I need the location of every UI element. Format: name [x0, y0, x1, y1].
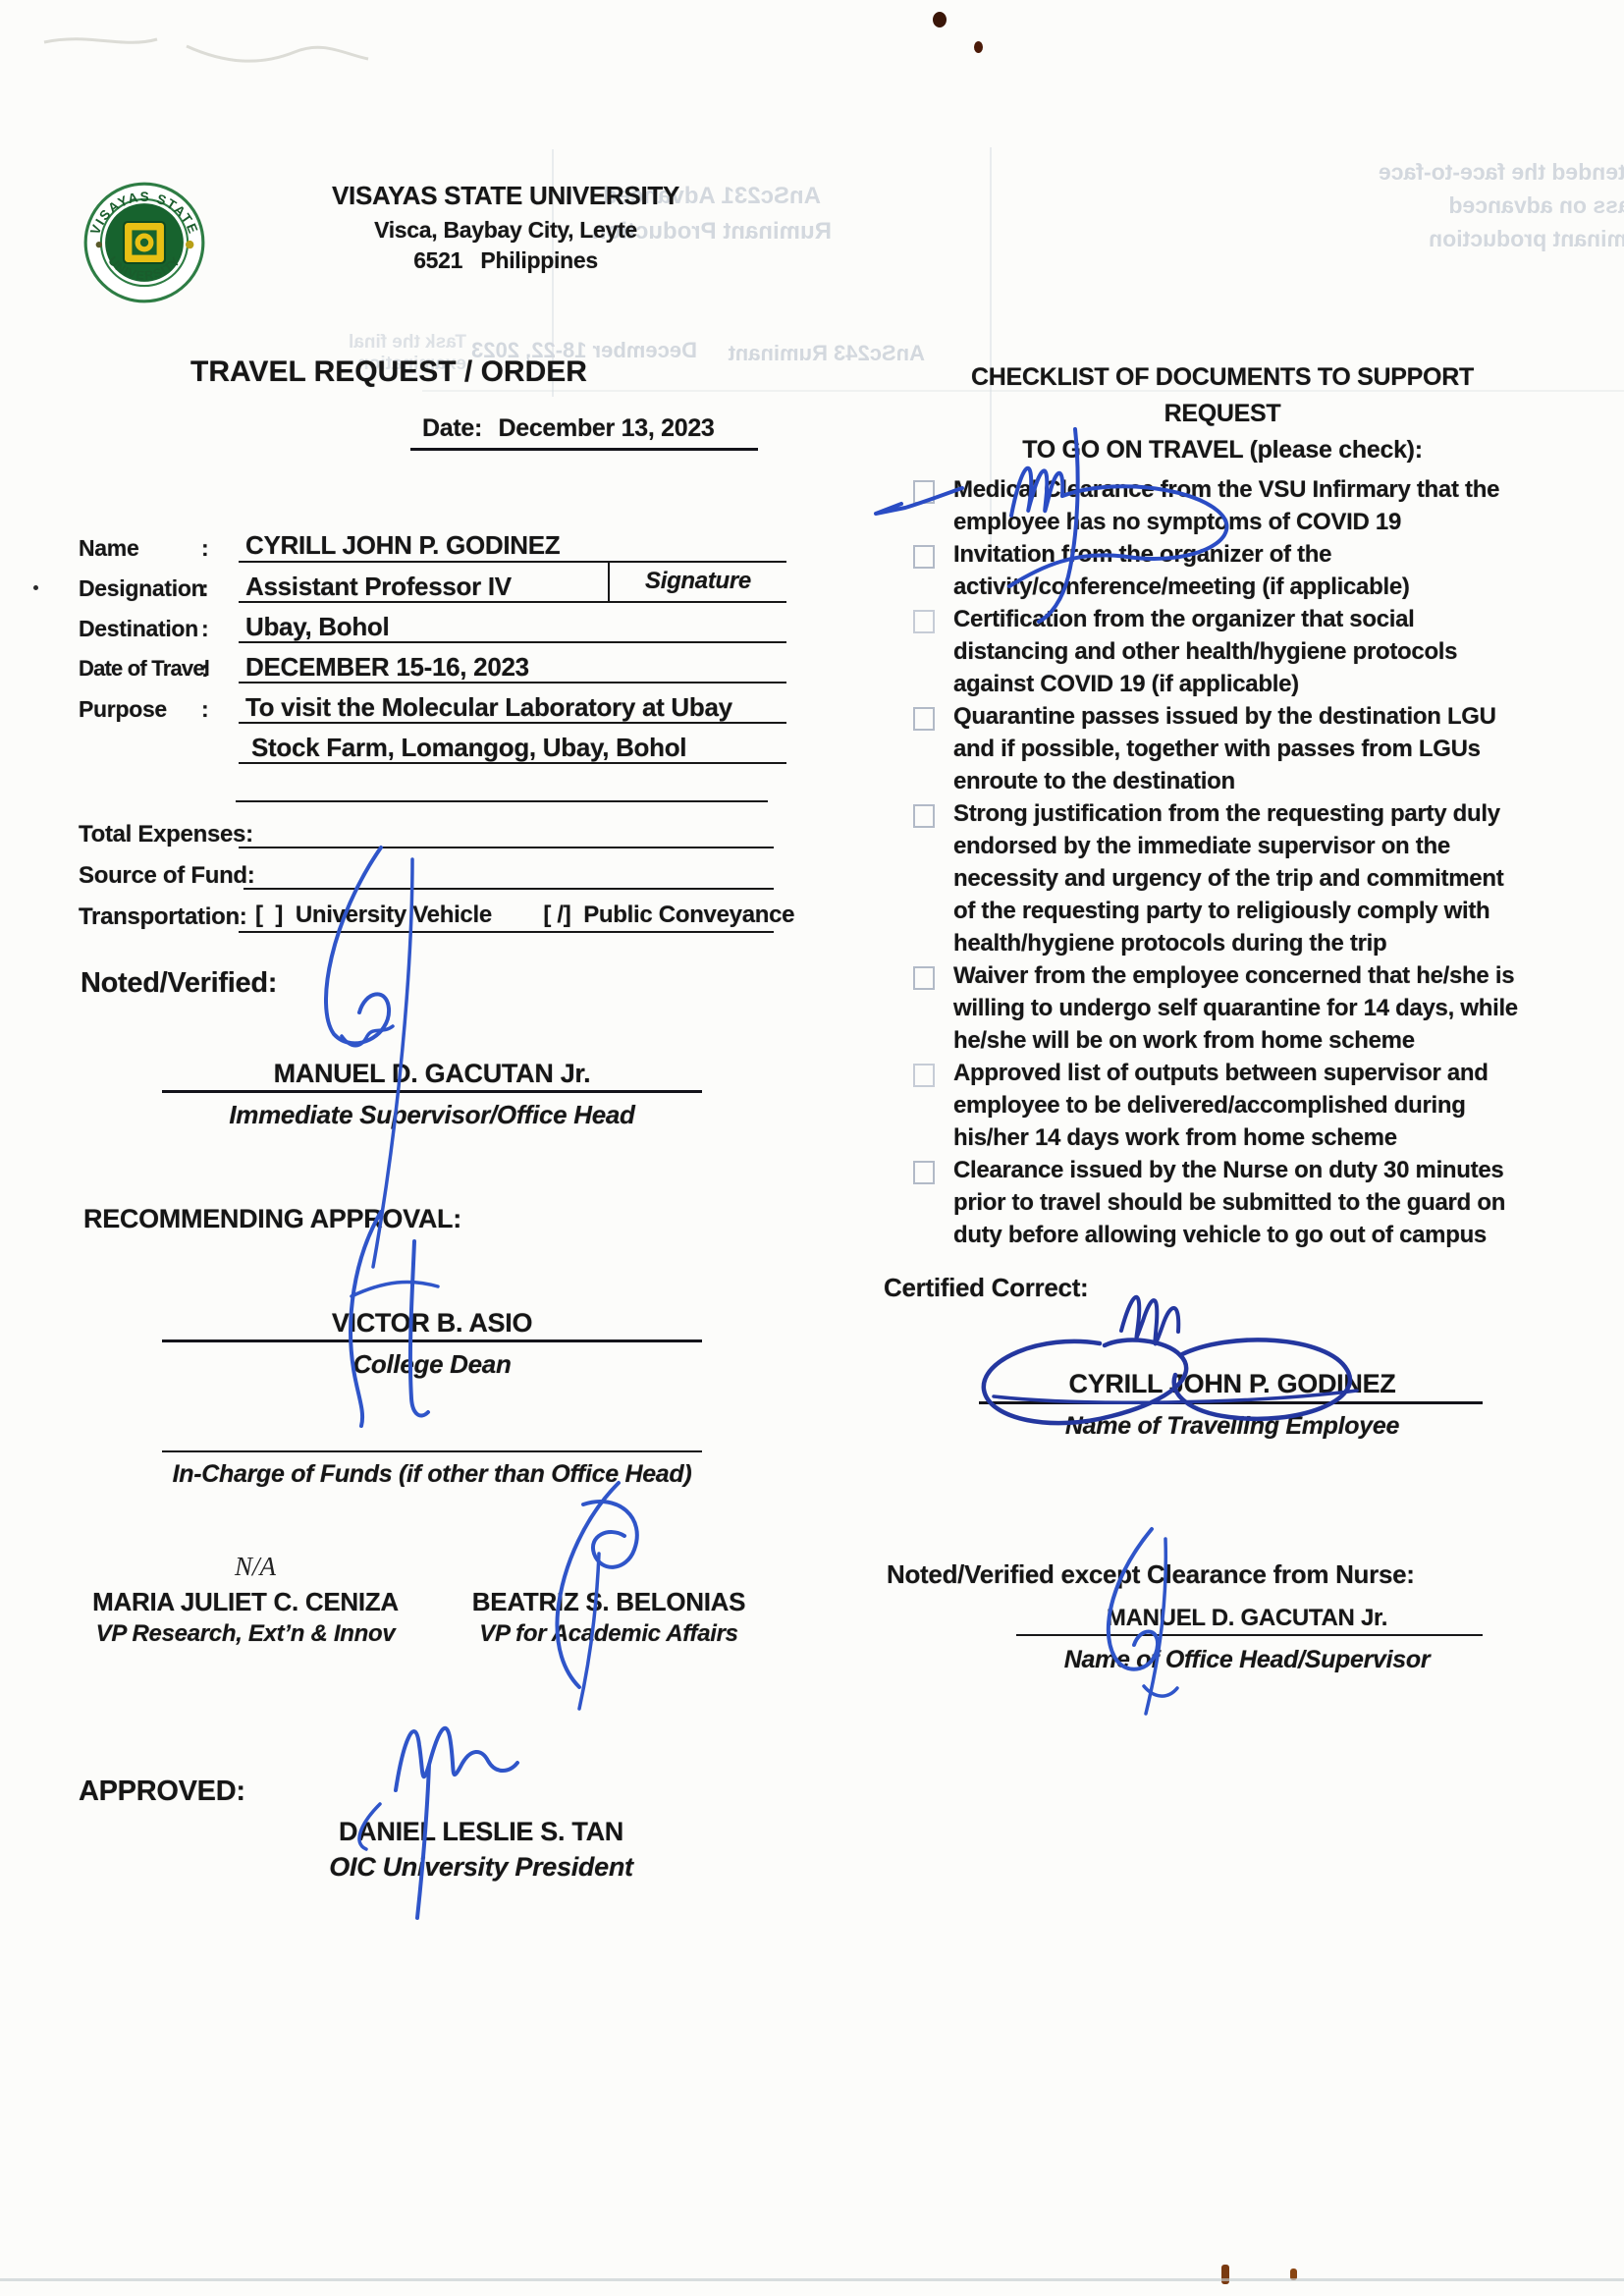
field-value-name: CYRILL JOHN P. GODINEZ — [245, 530, 560, 561]
checklist-item-text: Approved list of outputs between supervi… — [953, 1057, 1530, 1154]
field-label-date-of-travel: Date of Travel — [79, 656, 209, 682]
letterhead: VISAYAS STATE UNIVERSITY Visca, Baybay C… — [275, 181, 736, 274]
checklist-item: Waiver from the employee concerned that … — [913, 959, 1530, 1057]
ink-speck — [1221, 2265, 1229, 2284]
date-line: Date: December 13, 2023 — [422, 414, 715, 443]
signature-godinez-right — [933, 1277, 1404, 1449]
signature-gacutan-right — [1056, 1507, 1242, 1719]
field-label-purpose: Purpose — [79, 696, 167, 723]
field-value-designation: Assistant Professor IV — [245, 572, 512, 602]
checklist-item: Clearance issued by the Nurse on duty 30… — [913, 1154, 1530, 1251]
blank-underline — [236, 800, 768, 802]
signature-cell-divider — [608, 561, 610, 603]
checkbox-icon — [913, 966, 935, 990]
checklist-item-text: Quarantine passes issued by the destinat… — [953, 700, 1530, 797]
field-value-purpose-line2: Stock Farm, Lomangog, Ubay, Bohol — [251, 733, 686, 763]
checklist-item: Strong justification from the requesting… — [913, 797, 1530, 959]
checklist-item-text: Strong justification from the requesting… — [953, 797, 1530, 959]
ink-speck — [33, 585, 38, 590]
field-underline — [239, 682, 786, 683]
checkbox-icon — [913, 707, 935, 731]
date-underline — [410, 448, 758, 451]
bleedthrough-text: Attended the face-to-face class on advan… — [1227, 155, 1624, 255]
scan-edge-line — [0, 2278, 1624, 2281]
university-address-line1: Visca, Baybay City, Leyte — [275, 217, 736, 244]
date-label: Date: — [422, 414, 482, 442]
in-charge-underline — [162, 1450, 702, 1452]
field-colon: : — [201, 696, 208, 723]
field-underline — [239, 641, 786, 643]
total-expenses-label: Total Expenses: — [79, 821, 253, 848]
ink-speck — [933, 12, 947, 27]
source-of-fund-label: Source of Fund: — [79, 862, 255, 890]
transport-option-public-conveyance: [ /] Public Conveyance — [543, 902, 794, 928]
signature-asio — [295, 1200, 491, 1431]
field-value-date-of-travel: DECEMBER 15-16, 2023 — [245, 652, 529, 683]
checklist-item-text: Waiver from the employee concerned that … — [953, 959, 1530, 1057]
ink-speck — [974, 41, 983, 53]
scanned-travel-request-document: AnSc231 Advanced Ruminant Production Att… — [0, 0, 1624, 2296]
signature-belonias — [469, 1473, 676, 1719]
university-name: VISAYAS STATE UNIVERSITY — [275, 181, 736, 211]
na-notation: N/A — [98, 1552, 412, 1582]
seal-side-ornament — [96, 242, 102, 247]
field-colon: : — [201, 535, 208, 562]
checkbox-icon — [913, 1064, 935, 1087]
bleedthrough-line: ruminant production — [1227, 222, 1624, 255]
field-colon: : — [201, 616, 208, 642]
field-colon: : — [201, 575, 208, 602]
field-value-destination: Ubay, Bohol — [245, 612, 389, 642]
signature-cell-label: Signature — [614, 568, 783, 595]
noted-verified-heading: Noted/Verified: — [81, 967, 277, 1000]
vp-research-title: VP Research, Ext’n & Innov — [59, 1620, 432, 1648]
transportation-label: Transportation: — [79, 903, 247, 931]
seal-side-ornament — [186, 241, 193, 248]
field-label-designation: Designation — [79, 575, 204, 602]
form-title: TRAVEL REQUEST / ORDER — [190, 355, 587, 389]
field-underline — [239, 762, 786, 764]
approved-heading: APPROVED: — [79, 1776, 245, 1808]
field-value-purpose: To visit the Molecular Laboratory at Uba… — [245, 692, 732, 723]
checklist-item-text: Clearance issued by the Nurse on duty 30… — [953, 1154, 1530, 1251]
signature-godinez-top — [864, 417, 1335, 629]
bleedthrough-line: Attended the face-to-face — [1227, 155, 1624, 189]
field-underline — [239, 722, 786, 724]
checklist-item: Approved list of outputs between supervi… — [913, 1057, 1530, 1154]
field-underline — [239, 601, 786, 603]
field-label-destination: Destination — [79, 616, 198, 642]
field-colon: : — [201, 656, 208, 683]
field-label-name: Name — [79, 535, 138, 562]
paper-crease — [29, 15, 481, 83]
bleedthrough-text: AnSc243 Ruminant — [689, 341, 925, 366]
vsu-seal-logo: VISAYAS STATE UNIVERSITY — [82, 181, 206, 304]
checklist-item: Quarantine passes issued by the destinat… — [913, 700, 1530, 797]
date-value: December 13, 2023 — [498, 414, 714, 442]
vp-research-name: MARIA JULIET C. CENIZA — [59, 1587, 432, 1617]
checkbox-icon — [913, 804, 935, 828]
bleedthrough-line: class on advanced — [1227, 189, 1624, 222]
field-underline — [239, 561, 786, 563]
signature-tan — [319, 1694, 545, 1925]
university-address-line2: 6521 Philippines — [275, 247, 736, 274]
checkbox-icon — [913, 1161, 935, 1184]
